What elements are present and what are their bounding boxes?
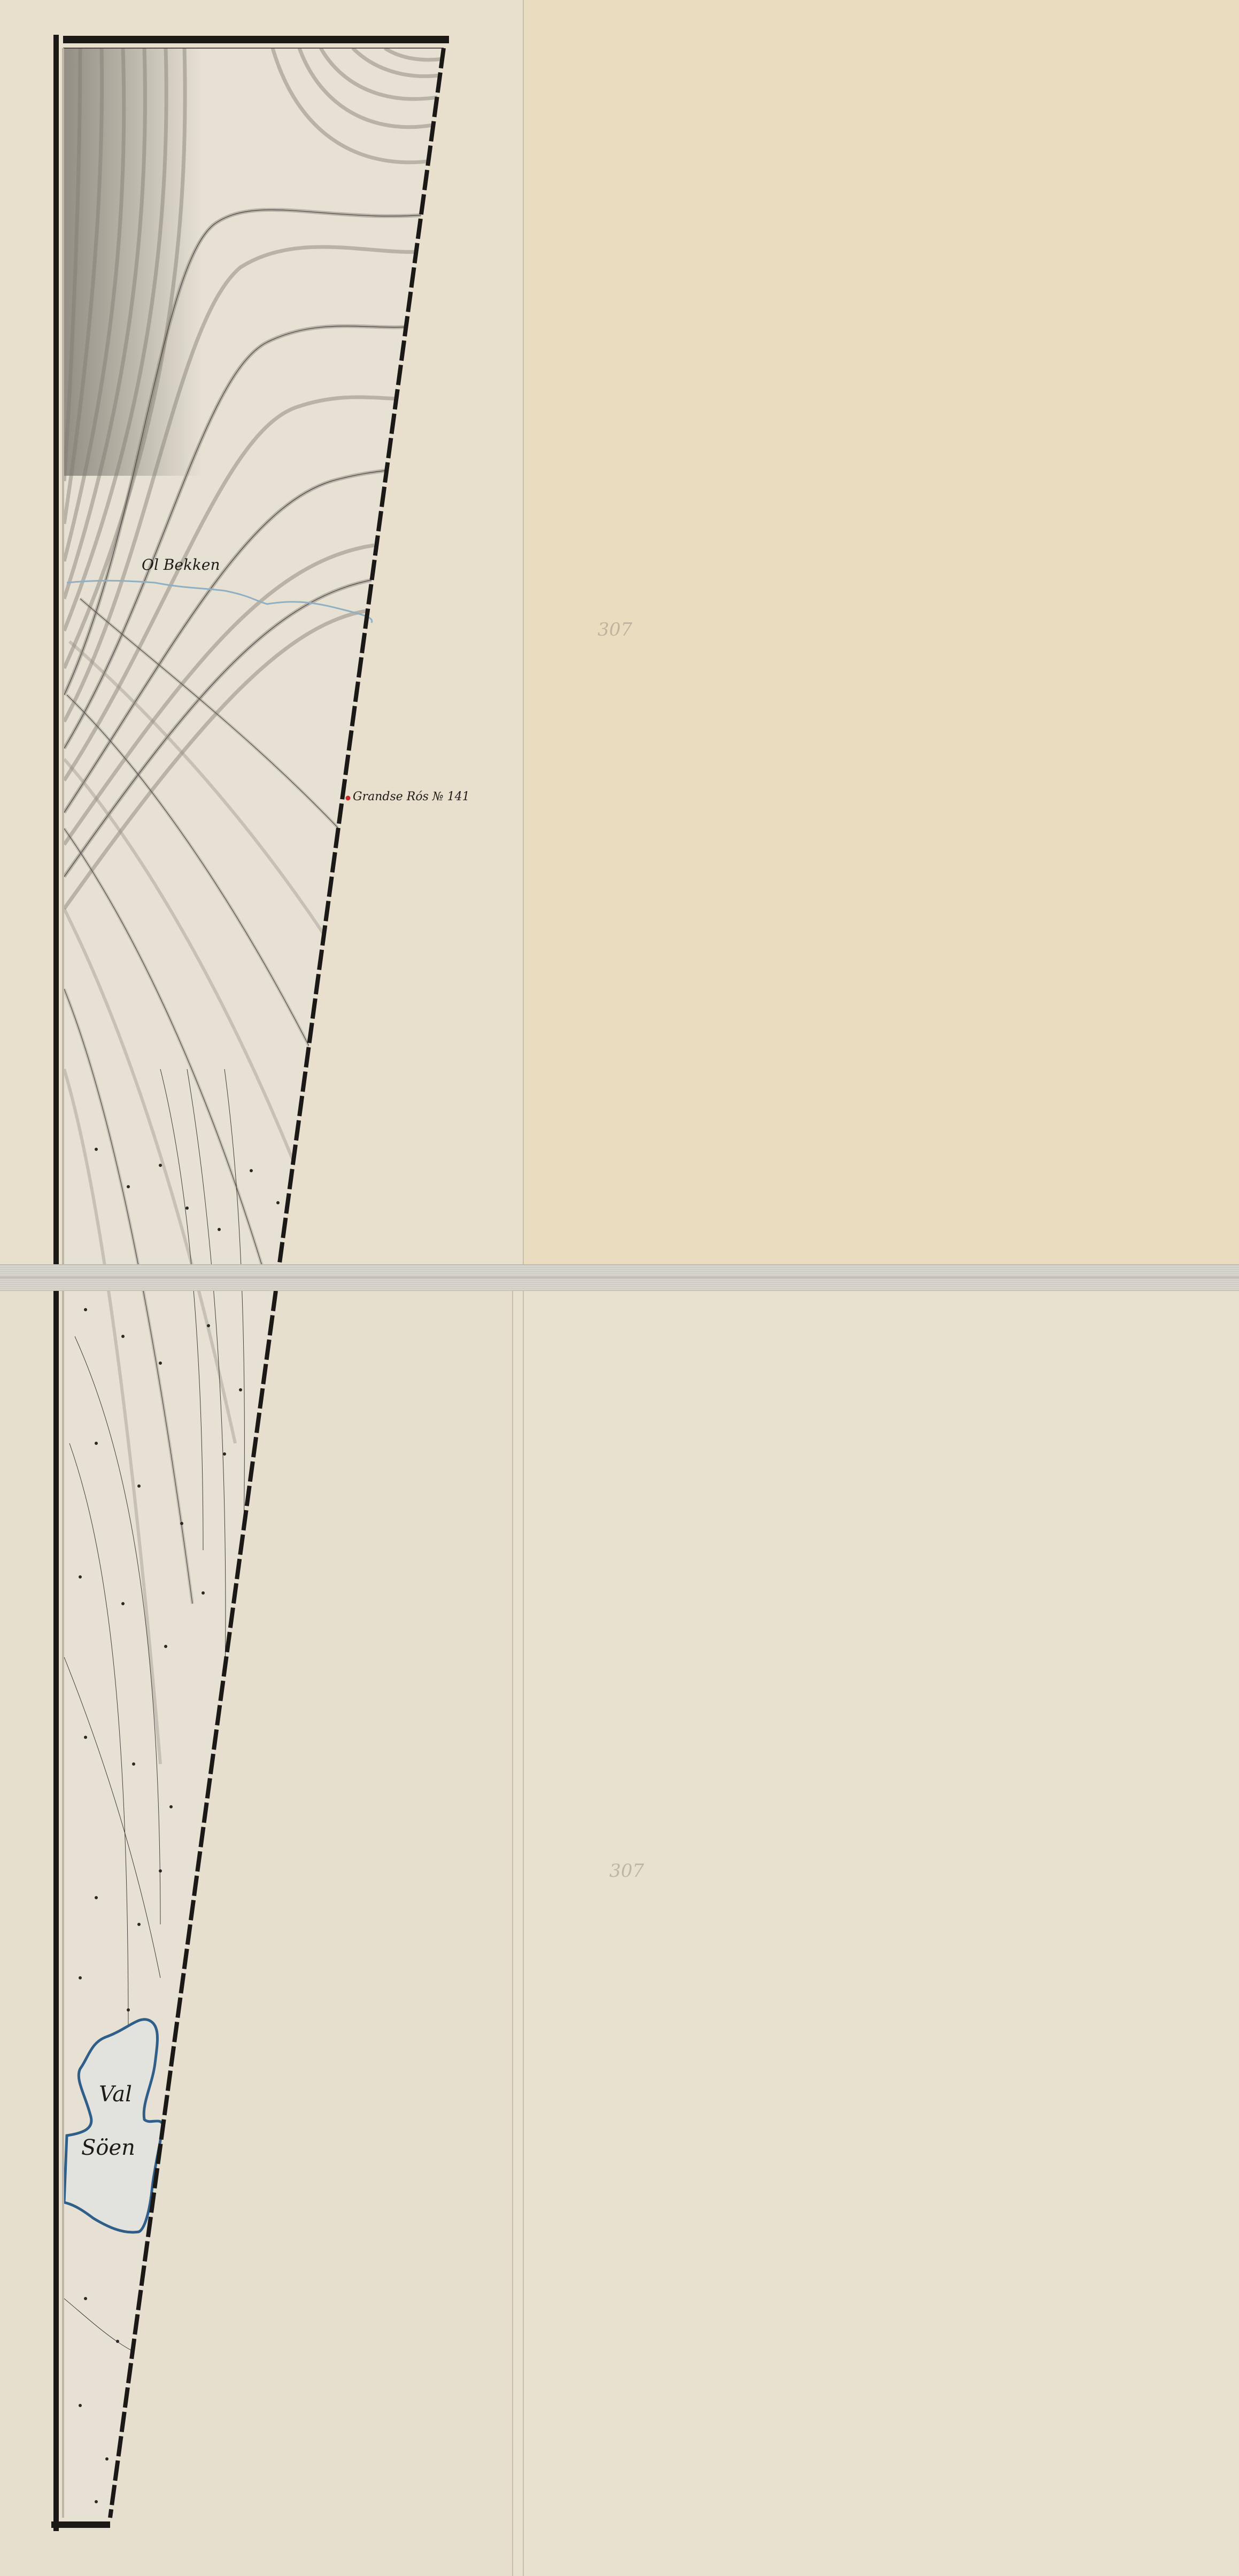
pencil-annotation-bottom: 307 [609,1860,644,1882]
map-border-top [63,36,449,43]
sheet-fold [0,1264,1239,1291]
boundary-cairn-marker-icon [346,796,351,801]
pencil-annotation-top: 307 [598,619,632,640]
map-border-bottom [51,2521,110,2528]
lake-label-line2: Söen [81,2136,135,2160]
lake-label-line1: Val [99,2082,132,2107]
boundary-marker-label: Grandse Rós № 141 [353,790,470,803]
stream-label: Ol Bekken [142,556,220,574]
